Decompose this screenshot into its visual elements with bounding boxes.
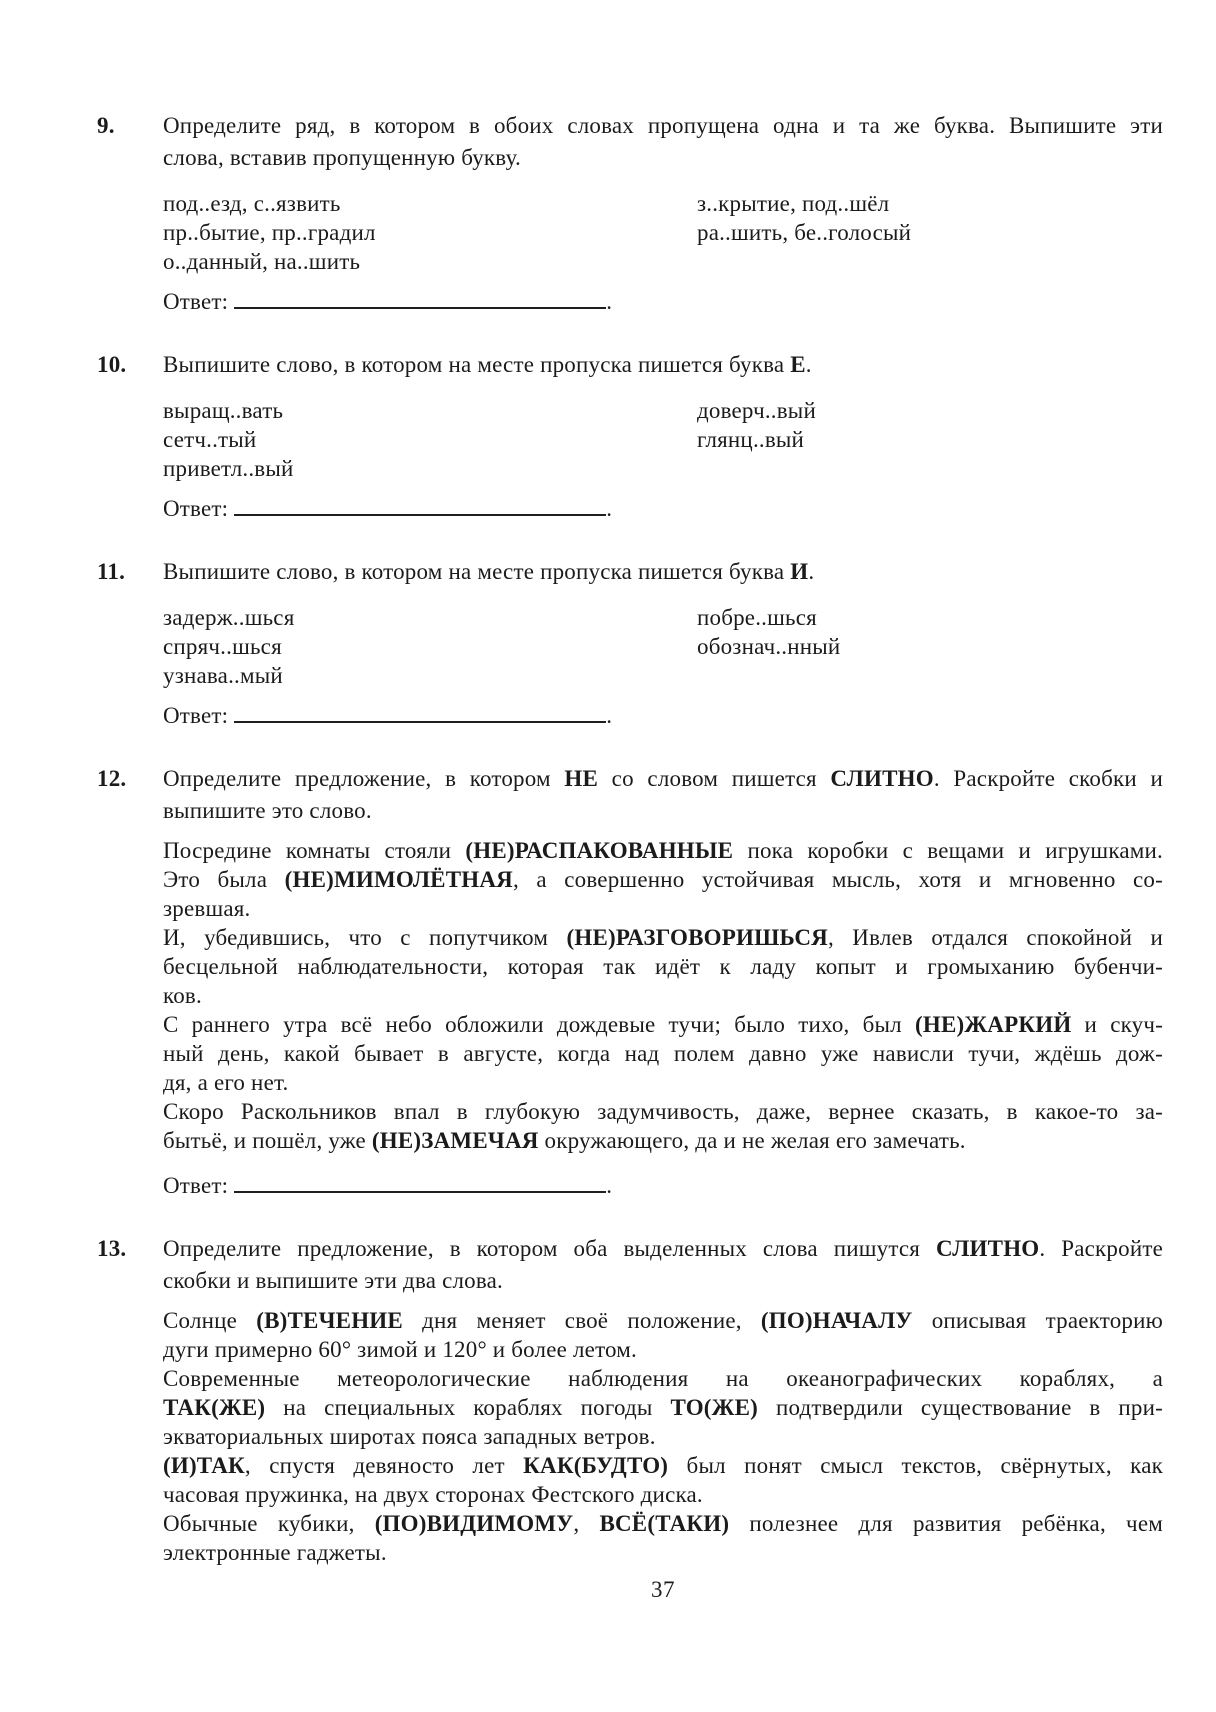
- answer-period: .: [606, 496, 612, 521]
- text-segment: , а совершенно устойчивая мысль, хотя и …: [513, 867, 1163, 892]
- sentence-line: электронные гаджеты.: [163, 1538, 1163, 1567]
- sentence-line: бытьё, и пошёл, уже (НЕ)ЗАМЕЧАЯ окружающ…: [163, 1126, 1163, 1155]
- emphasized-word: (НЕ)ЖАРКИЙ: [915, 1012, 1071, 1037]
- option-word: побре..шься: [697, 603, 1163, 632]
- option-word: узнава..мый: [163, 661, 697, 690]
- text-segment: , спустя девяносто лет: [245, 1453, 523, 1478]
- text-segment: Определите ряд, в котором в обоих словах…: [163, 113, 1163, 138]
- text-segment: Скоро Раскольников впал в глубокую задум…: [163, 1099, 1163, 1124]
- instruction-line: слова, вставив пропущенную букву.: [163, 142, 1163, 174]
- instruction-line: Определите предложение, в котором оба вы…: [163, 1233, 1163, 1265]
- text-segment: .: [808, 559, 814, 584]
- instruction-line: выпишите это слово.: [163, 795, 1163, 827]
- sentence-line: зревшая.: [163, 894, 1163, 923]
- options-left-column: задерж..шьсяспряч..шьсяузнава..мый: [163, 603, 697, 690]
- page-number: 37: [163, 1575, 1163, 1604]
- text-segment: .: [806, 352, 812, 377]
- sentence-line: Скоро Раскольников впал в глубокую задум…: [163, 1097, 1163, 1126]
- emphasized-word: КАК(БУДТО): [523, 1453, 668, 1478]
- sentence-line: дя, а его нет.: [163, 1068, 1163, 1097]
- page-content: 9. Определите ряд, в котором в обоих сло…: [163, 110, 1163, 1604]
- text-segment: часовая пружинка, на двух сторонах Фестс…: [163, 1482, 703, 1507]
- question-number: 11.: [97, 556, 125, 588]
- emphasized-word: ВСЁ(ТАКИ): [599, 1511, 729, 1536]
- text-segment: . Раскройте скобки и: [934, 766, 1163, 791]
- sentence-line: ков.: [163, 981, 1163, 1010]
- answer-line: Ответ:.: [163, 701, 1163, 730]
- emphasized-word: ТО(ЖЕ): [670, 1395, 758, 1420]
- text-segment: дя, а его нет.: [163, 1070, 288, 1095]
- text-segment: Определите предложение, в котором: [163, 766, 564, 791]
- sentence-line: экваториальных широтах пояса западных ве…: [163, 1422, 1163, 1451]
- answer-period: .: [606, 289, 612, 314]
- sentence-line: Современные метеорологические наблюдения…: [163, 1364, 1163, 1393]
- answer-blank: [234, 290, 606, 309]
- option-word: сетч..тый: [163, 425, 697, 454]
- text-segment: окружающего, да и не желая его замечать.: [539, 1128, 966, 1153]
- text-segment: пока коробки с вещами и игрушками.: [733, 838, 1163, 863]
- instruction-line: Выпишите слово, в котором на месте пропу…: [163, 556, 1163, 588]
- text-segment: Это была: [163, 867, 285, 892]
- text-segment: на специальных кораблях погоды: [265, 1395, 670, 1420]
- question-number: 10.: [97, 349, 126, 381]
- options-left-column: под..езд, с..язвитьпр..бытие, пр..градил…: [163, 189, 697, 276]
- emphasized-word: (И)ТАК: [163, 1453, 245, 1478]
- emphasized-word: СЛИТНО: [830, 766, 933, 791]
- option-word: з..крытие, под..шёл: [697, 189, 1163, 218]
- answer-label: Ответ:: [163, 1173, 228, 1198]
- instruction-line: Определите ряд, в котором в обоих словах…: [163, 110, 1163, 142]
- answer-line: Ответ:.: [163, 287, 1163, 316]
- question-block: 13. Определите предложение, в котором об…: [163, 1233, 1163, 1567]
- sentence-line: дуги примерно 60° зимой и 120° и более л…: [163, 1335, 1163, 1364]
- text-segment: бесцельной наблюдательности, которая так…: [163, 954, 1163, 979]
- answer-label: Ответ:: [163, 496, 228, 521]
- emphasized-word: НЕ: [564, 766, 598, 791]
- sentence-line: ный день, какой бывает в августе, когда …: [163, 1039, 1163, 1068]
- exam-page: 9. Определите ряд, в котором в обоих сло…: [0, 0, 1216, 1712]
- option-word: обознач..нный: [697, 632, 1163, 661]
- text-segment: И, убедившись, что с попутчиком: [163, 925, 567, 950]
- text-segment: подтвердили существование в при-: [758, 1395, 1163, 1420]
- emphasized-word: (ПО)НАЧАЛУ: [761, 1308, 913, 1333]
- option-word: задерж..шься: [163, 603, 697, 632]
- question-block: 12. Определите предложение, в котором НЕ…: [163, 763, 1163, 1200]
- options-grid: задерж..шьсяспряч..шьсяузнава..мый побре…: [163, 603, 1163, 690]
- question-instruction: Выпишите слово, в котором на месте пропу…: [163, 349, 1163, 381]
- text-segment: Современные метеорологические наблюдения…: [163, 1366, 1163, 1391]
- emphasized-word: (ПО)ВИДИМОМУ: [375, 1511, 574, 1536]
- text-segment: Выпишите слово, в котором на месте пропу…: [163, 559, 790, 584]
- emphasized-word: (НЕ)МИМОЛЁТНАЯ: [285, 867, 513, 892]
- option-word: пр..бытие, пр..градил: [163, 218, 697, 247]
- text-segment: и скуч-: [1071, 1012, 1163, 1037]
- emphasized-word: (В)ТЕЧЕНИЕ: [256, 1308, 403, 1333]
- answer-label: Ответ:: [163, 289, 228, 314]
- sentence-line: Обычные кубики, (ПО)ВИДИМОМУ, ВСЁ(ТАКИ) …: [163, 1509, 1163, 1538]
- question-block: 9. Определите ряд, в котором в обоих сло…: [163, 110, 1163, 316]
- answer-blank: [234, 1174, 606, 1193]
- question-instruction: Определите предложение, в котором оба вы…: [163, 1233, 1163, 1297]
- text-segment: Определите предложение, в котором оба вы…: [163, 1236, 936, 1261]
- text-segment: электронные гаджеты.: [163, 1540, 387, 1565]
- question-number: 12.: [97, 763, 126, 795]
- answer-blank: [234, 497, 606, 516]
- question-instruction: Определите ряд, в котором в обоих словах…: [163, 110, 1163, 174]
- answer-line: Ответ:.: [163, 494, 1163, 523]
- sentence-line: часовая пружинка, на двух сторонах Фестс…: [163, 1480, 1163, 1509]
- answer-blank: [234, 704, 606, 723]
- option-word: доверч..вый: [697, 396, 1163, 425]
- text-segment: Посредине комнаты стояли: [163, 838, 465, 863]
- option-word: ра..шить, бе..голосый: [697, 218, 1163, 247]
- emphasized-word: (НЕ)РАЗГОВОРИШЬСЯ: [567, 925, 828, 950]
- sentence-line: ТАК(ЖЕ) на специальных кораблях погоды Т…: [163, 1393, 1163, 1422]
- option-word: приветл..вый: [163, 454, 697, 483]
- options-right-column: з..крытие, под..шёлра..шить, бе..голосый: [697, 189, 1163, 276]
- text-segment: Выпишите слово, в котором на месте пропу…: [163, 352, 790, 377]
- text-segment: описывая траекторию: [913, 1308, 1163, 1333]
- instruction-line: Определите предложение, в котором НЕ со …: [163, 763, 1163, 795]
- option-word: под..езд, с..язвить: [163, 189, 697, 218]
- sentence-line: Посредине комнаты стояли (НЕ)РАСПАКОВАНН…: [163, 836, 1163, 865]
- text-segment: ный день, какой бывает в августе, когда …: [163, 1041, 1163, 1066]
- question-block: 11. Выпишите слово, в котором на месте п…: [163, 556, 1163, 730]
- text-segment: Обычные кубики,: [163, 1511, 375, 1536]
- question-block: 10. Выпишите слово, в котором на месте п…: [163, 349, 1163, 523]
- text-segment: ков.: [163, 983, 202, 1008]
- answer-period: .: [606, 703, 612, 728]
- sentence-line: С раннего утра всё небо обложили дождевы…: [163, 1010, 1163, 1039]
- question-number: 9.: [97, 110, 115, 142]
- answer-line: Ответ:.: [163, 1171, 1163, 1200]
- questions-container: 9. Определите ряд, в котором в обоих сло…: [163, 110, 1163, 1567]
- question-instruction: Выпишите слово, в котором на месте пропу…: [163, 556, 1163, 588]
- text-segment: зревшая.: [163, 896, 251, 921]
- text-segment: со словом пишется: [598, 766, 830, 791]
- emphasized-word: (НЕ)РАСПАКОВАННЫЕ: [465, 838, 733, 863]
- question-number: 13.: [97, 1233, 126, 1265]
- option-word: спряч..шься: [163, 632, 697, 661]
- text-segment: ,: [573, 1511, 599, 1536]
- text-segment: С раннего утра всё небо обложили дождевы…: [163, 1012, 915, 1037]
- emphasized-word: СЛИТНО: [936, 1236, 1039, 1261]
- options-right-column: побре..шьсяобознач..нный: [697, 603, 1163, 690]
- question-instruction: Определите предложение, в котором НЕ со …: [163, 763, 1163, 827]
- options-grid: под..езд, с..язвитьпр..бытие, пр..градил…: [163, 189, 1163, 276]
- text-segment: бытьё, и пошёл, уже: [163, 1128, 372, 1153]
- text-segment: скобки и выпишите эти два слова.: [163, 1268, 503, 1293]
- option-word: глянц..вый: [697, 425, 1163, 454]
- text-segment: экваториальных широтах пояса западных ве…: [163, 1424, 656, 1449]
- text-segment: слова, вставив пропущенную букву.: [163, 145, 521, 170]
- emphasized-word: И: [790, 559, 808, 584]
- text-segment: полезнее для развития ребёнка, чем: [729, 1511, 1163, 1536]
- options-left-column: выращ..ватьсетч..тыйприветл..вый: [163, 396, 697, 483]
- option-word: выращ..вать: [163, 396, 697, 425]
- text-segment: Солнце: [163, 1308, 256, 1333]
- emphasized-word: (НЕ)ЗАМЕЧАЯ: [372, 1128, 539, 1153]
- text-segment: дуги примерно 60° зимой и 120° и более л…: [163, 1337, 637, 1362]
- sentences-block: Солнце (В)ТЕЧЕНИЕ дня меняет своё положе…: [163, 1306, 1163, 1567]
- sentence-line: Это была (НЕ)МИМОЛЁТНАЯ, а совершенно ус…: [163, 865, 1163, 894]
- sentence-line: бесцельной наблюдательности, которая так…: [163, 952, 1163, 981]
- options-right-column: доверч..выйглянц..вый: [697, 396, 1163, 483]
- answer-label: Ответ:: [163, 703, 228, 728]
- text-segment: был понят смысл текстов, свёрнутых, как: [668, 1453, 1163, 1478]
- text-segment: выпишите это слово.: [163, 798, 372, 823]
- text-segment: , Ивлев отдался спокойной и: [828, 925, 1163, 950]
- sentence-line: И, убедившись, что с попутчиком (НЕ)РАЗГ…: [163, 923, 1163, 952]
- instruction-line: скобки и выпишите эти два слова.: [163, 1265, 1163, 1297]
- option-word: о..данный, на..шить: [163, 247, 697, 276]
- sentence-line: (И)ТАК, спустя девяносто лет КАК(БУДТО) …: [163, 1451, 1163, 1480]
- answer-period: .: [606, 1173, 612, 1198]
- instruction-line: Выпишите слово, в котором на месте пропу…: [163, 349, 1163, 381]
- sentence-line: Солнце (В)ТЕЧЕНИЕ дня меняет своё положе…: [163, 1306, 1163, 1335]
- emphasized-word: Е: [790, 352, 806, 377]
- sentences-block: Посредине комнаты стояли (НЕ)РАСПАКОВАНН…: [163, 836, 1163, 1155]
- text-segment: . Раскройте: [1039, 1236, 1163, 1261]
- emphasized-word: ТАК(ЖЕ): [163, 1395, 265, 1420]
- text-segment: дня меняет своё положение,: [403, 1308, 761, 1333]
- options-grid: выращ..ватьсетч..тыйприветл..вый доверч.…: [163, 396, 1163, 483]
